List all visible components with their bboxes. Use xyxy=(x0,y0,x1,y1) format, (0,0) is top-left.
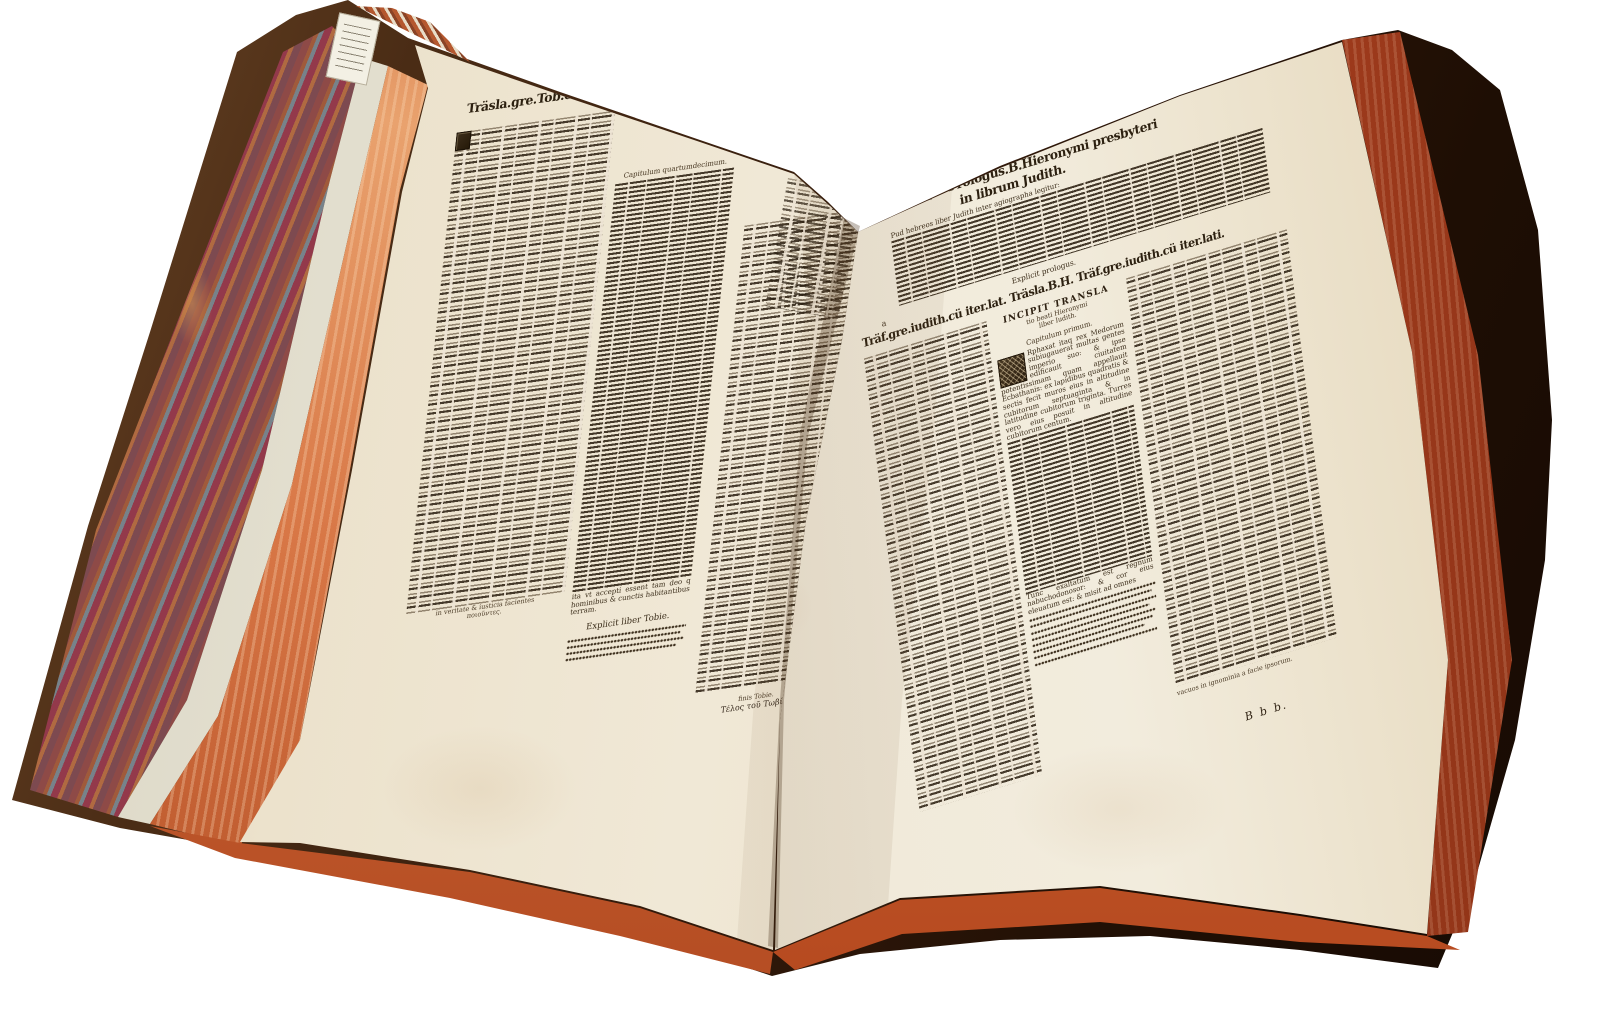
woodcut-initial-small xyxy=(455,131,472,152)
book-photograph: Träsla.gre.Tob.cü iter.lati. Träsla.B.Hi… xyxy=(0,0,1600,1011)
left-running-header-seg3: Träsla.gre.Tob. xyxy=(737,120,833,157)
left-running-header-seg2: Träsla.B.Hie. xyxy=(666,63,753,90)
